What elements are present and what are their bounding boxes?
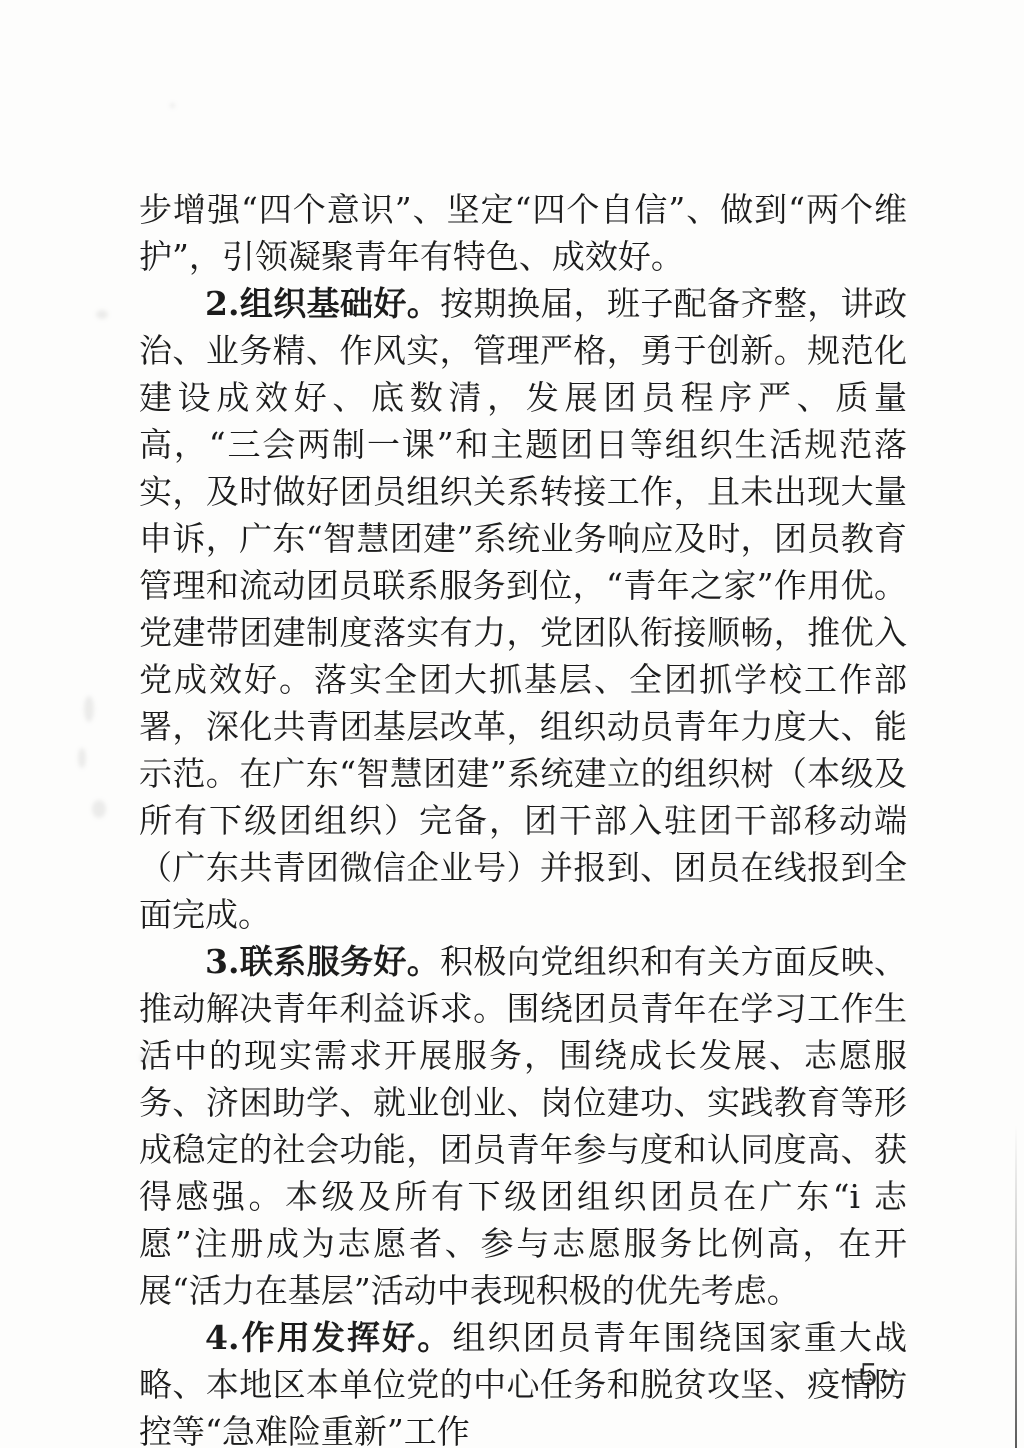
scan-smudge (78, 748, 86, 768)
paragraph-role-performance: 4.作用发挥好。组织团员青年围绕国家重大战略、本地区本单位党的中心任务和脱贫攻坚… (139, 1314, 907, 1448)
document-page: 步增强“四个意识”、坚定“四个自信”、做到“两个维护”，引领凝聚青年有特色、成效… (0, 0, 1024, 1448)
paragraph-continuation: 步增强“四个意识”、坚定“四个自信”、做到“两个维护”，引领凝聚青年有特色、成效… (139, 186, 907, 280)
paragraph-text: 按期换届，班子配备齐整，讲政治、业务精、作风实，管理严格，勇于创新。规范化建设成… (139, 284, 907, 934)
scan-smudge (92, 800, 106, 818)
page-number: –5– (841, 1358, 899, 1393)
paragraph-lead: 3.联系服务好。 (205, 942, 440, 981)
document-body: 步增强“四个意识”、坚定“四个自信”、做到“两个维护”，引领凝聚青年有特色、成效… (139, 186, 907, 1448)
paragraph-organization-basis: 2.组织基础好。按期换届，班子配备齐整，讲政治、业务精、作风实，管理严格，勇于创… (139, 280, 907, 938)
paragraph-contact-service: 3.联系服务好。积极向党组织和有关方面反映、推动解决青年利益诉求。围绕团员青年在… (139, 938, 907, 1314)
paragraph-lead: 4.作用发挥好。 (205, 1318, 452, 1357)
paragraph-text: 步增强“四个意识”、坚定“四个自信”、做到“两个维护”，引领凝聚青年有特色、成效… (139, 190, 907, 276)
scan-smudge (84, 696, 94, 722)
paragraph-lead: 2.组织基础好。 (205, 284, 440, 323)
scan-smudge (170, 103, 175, 108)
scan-smudge (96, 310, 108, 319)
scan-smudge (140, 1052, 156, 1064)
scan-edge-artifact (1015, 1125, 1017, 1448)
paragraph-text: 积极向党组织和有关方面反映、推动解决青年利益诉求。围绕团员青年在学习工作生活中的… (139, 942, 907, 1310)
